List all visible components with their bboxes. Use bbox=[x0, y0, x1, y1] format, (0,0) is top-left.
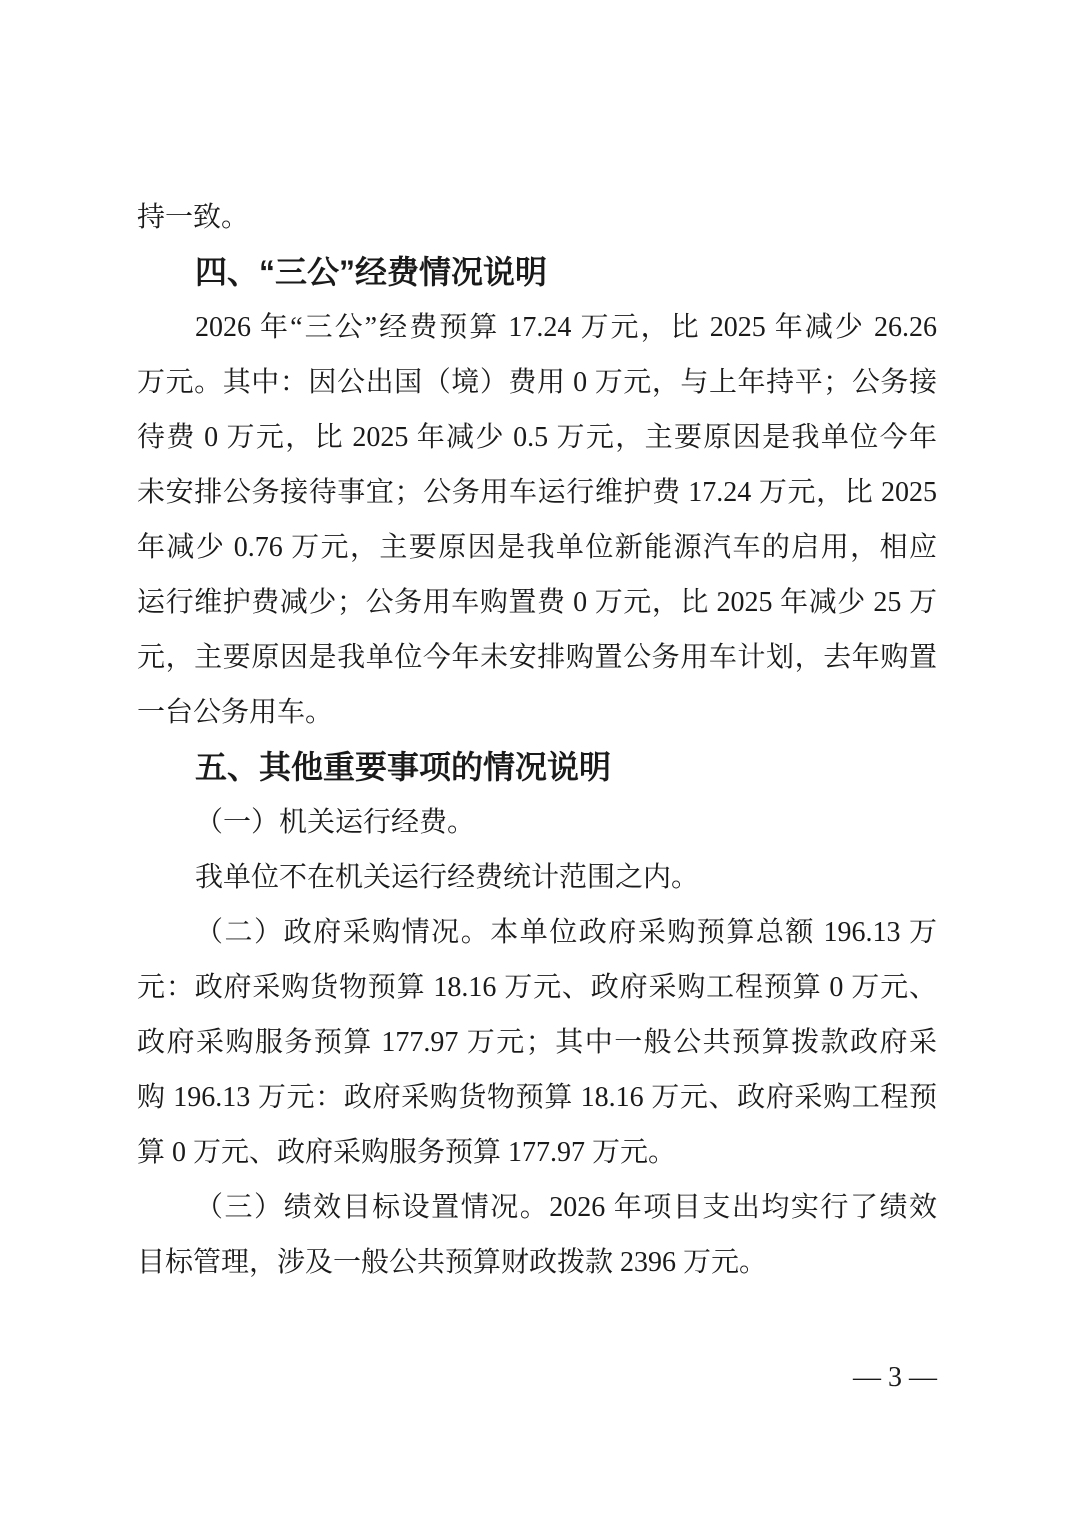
text-line: （三）绩效目标设置情况。2026 年项目支出均实行了绩效 bbox=[137, 1180, 937, 1235]
paragraph-performance-targets: （三）绩效目标设置情况。2026 年项目支出均实行了绩效 目标管理，涉及一般公共… bbox=[137, 1180, 937, 1290]
text-line: 购 196.13 万元：政府采购货物预算 18.16 万元、政府采购工程预 bbox=[137, 1070, 937, 1125]
text-line: 算 0 万元、政府采购服务预算 177.97 万元。 bbox=[137, 1125, 937, 1180]
section-heading-four: 四、“三公”经费情况说明 bbox=[137, 245, 937, 300]
text-line: 万元。其中：因公出国（境）费用 0 万元，与上年持平；公务接 bbox=[137, 355, 937, 410]
text-line: 未安排公务接待事宜；公务用车运行维护费 17.24 万元，比 2025 bbox=[137, 465, 937, 520]
text-line: 政府采购服务预算 177.97 万元；其中一般公共预算拨款政府采 bbox=[137, 1015, 937, 1070]
text-line: 我单位不在机关运行经费统计范围之内。 bbox=[137, 850, 937, 905]
document-body: 持一致。 四、“三公”经费情况说明 2026 年“三公”经费预算 17.24 万… bbox=[137, 190, 937, 1290]
document-page: 持一致。 四、“三公”经费情况说明 2026 年“三公”经费预算 17.24 万… bbox=[0, 0, 1074, 1520]
paragraph-agency-operating-funds-note: 我单位不在机关运行经费统计范围之内。 bbox=[137, 850, 937, 905]
text-line: 一台公务用车。 bbox=[137, 685, 937, 740]
text-line: 目标管理，涉及一般公共预算财政拨款 2396 万元。 bbox=[137, 1235, 937, 1290]
paragraph-continuation: 持一致。 bbox=[137, 190, 937, 245]
text-line: （一）机关运行经费。 bbox=[137, 795, 937, 850]
text-line: 元：政府采购货物预算 18.16 万元、政府采购工程预算 0 万元、 bbox=[137, 960, 937, 1015]
paragraph-agency-operating-funds: （一）机关运行经费。 bbox=[137, 795, 937, 850]
text-line: 运行维护费减少；公务用车购置费 0 万元，比 2025 年减少 25 万 bbox=[137, 575, 937, 630]
text-line: （二）政府采购情况。本单位政府采购预算总额 196.13 万 bbox=[137, 905, 937, 960]
paragraph-sangong-expenses: 2026 年“三公”经费预算 17.24 万元，比 2025 年减少 26.26… bbox=[137, 300, 937, 740]
section-heading-five: 五、其他重要事项的情况说明 bbox=[137, 740, 937, 795]
text-line: 2026 年“三公”经费预算 17.24 万元，比 2025 年减少 26.26 bbox=[137, 300, 937, 355]
text-line: 持一致。 bbox=[137, 190, 937, 245]
text-line: 待费 0 万元，比 2025 年减少 0.5 万元，主要原因是我单位今年 bbox=[137, 410, 937, 465]
page-number: — 3 — bbox=[853, 1350, 937, 1405]
text-line: 年减少 0.76 万元，主要原因是我单位新能源汽车的启用，相应 bbox=[137, 520, 937, 575]
paragraph-government-procurement: （二）政府采购情况。本单位政府采购预算总额 196.13 万 元：政府采购货物预… bbox=[137, 905, 937, 1180]
text-line: 元，主要原因是我单位今年未安排购置公务用车计划，去年购置 bbox=[137, 630, 937, 685]
